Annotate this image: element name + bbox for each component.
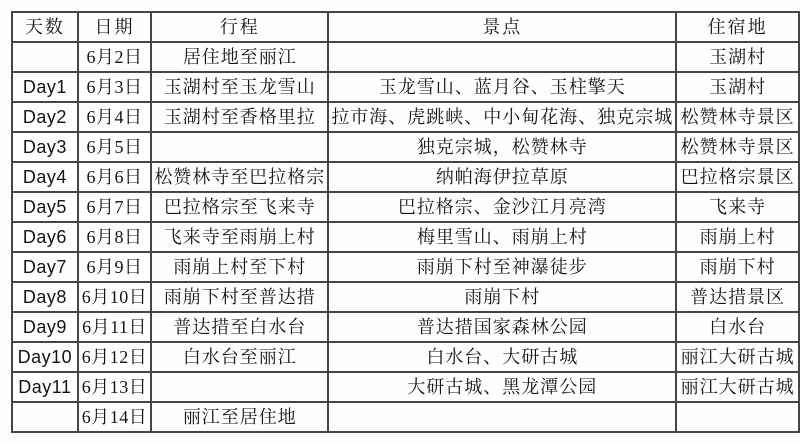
- stay-cell: 丽江大研古城: [676, 342, 799, 372]
- route-cell: 飞来寺至雨崩上村: [151, 222, 328, 252]
- date-cell: 6月5日: [78, 132, 152, 162]
- stay-cell: 白水台: [676, 312, 799, 342]
- date-cell: 6月3日: [78, 72, 152, 102]
- header-day: 天数: [12, 12, 78, 42]
- day-cell: [12, 42, 78, 72]
- table-body: 6月2日 居住地至丽江 玉湖村 Day1 6月3日 玉湖村至玉龙雪山 玉龙雪山、…: [12, 42, 799, 432]
- day-cell: Day11: [12, 372, 78, 402]
- route-cell: 普达措至白水台: [151, 312, 328, 342]
- route-cell: 居住地至丽江: [151, 42, 328, 72]
- header-sights: 景点: [328, 12, 676, 42]
- date-cell: 6月10日: [78, 282, 152, 312]
- stay-cell: 松赞林寺景区: [676, 102, 799, 132]
- sights-cell: [328, 402, 676, 432]
- stay-cell: 丽江大研古城: [676, 372, 799, 402]
- stay-cell: 雨崩上村: [676, 222, 799, 252]
- day-cell: Day3: [12, 132, 78, 162]
- stay-cell: 飞来寺: [676, 192, 799, 222]
- day-cell: Day2: [12, 102, 78, 132]
- sights-cell: 独克宗城，松赞林寺: [328, 132, 676, 162]
- date-cell: 6月9日: [78, 252, 152, 282]
- table-row: Day9 6月11日 普达措至白水台 普达措国家森林公园 白水台: [12, 312, 799, 342]
- header-route: 行程: [151, 12, 328, 42]
- table-row: 6月14日 丽江至居住地: [12, 402, 799, 432]
- header-stay: 住宿地: [676, 12, 799, 42]
- sights-cell: 雨崩下村: [328, 282, 676, 312]
- sights-cell: 雨崩下村至神瀑徒步: [328, 252, 676, 282]
- day-cell: Day8: [12, 282, 78, 312]
- table-row: Day6 6月8日 飞来寺至雨崩上村 梅里雪山、雨崩上村 雨崩上村: [12, 222, 799, 252]
- day-cell: Day6: [12, 222, 78, 252]
- stay-cell: 雨崩下村: [676, 252, 799, 282]
- table-row: Day10 6月12日 白水台至丽江 白水台、大研古城 丽江大研古城: [12, 342, 799, 372]
- route-cell: 雨崩下村至普达措: [151, 282, 328, 312]
- header-row: 天数 日期 行程 景点 住宿地: [12, 12, 799, 42]
- day-cell: Day5: [12, 192, 78, 222]
- date-cell: 6月8日: [78, 222, 152, 252]
- route-cell: [151, 372, 328, 402]
- day-cell: Day10: [12, 342, 78, 372]
- stay-cell: 玉湖村: [676, 42, 799, 72]
- day-cell: Day1: [12, 72, 78, 102]
- day-cell: Day9: [12, 312, 78, 342]
- route-cell: 白水台至丽江: [151, 342, 328, 372]
- sights-cell: 普达措国家森林公园: [328, 312, 676, 342]
- date-cell: 6月14日: [78, 402, 152, 432]
- itinerary-table: 天数 日期 行程 景点 住宿地 6月2日 居住地至丽江 玉湖村 Day1 6月3…: [11, 11, 800, 433]
- itinerary-page: 天数 日期 行程 景点 住宿地 6月2日 居住地至丽江 玉湖村 Day1 6月3…: [0, 0, 800, 442]
- table-row: Day2 6月4日 玉湖村至香格里拉 拉市海、虎跳峡、中小甸花海、独克宗城 松赞…: [12, 102, 799, 132]
- stay-cell: 玉湖村: [676, 72, 799, 102]
- header-date: 日期: [78, 12, 152, 42]
- day-cell: [12, 402, 78, 432]
- date-cell: 6月2日: [78, 42, 152, 72]
- route-cell: 巴拉格宗至飞来寺: [151, 192, 328, 222]
- sights-cell: [328, 42, 676, 72]
- sights-cell: 巴拉格宗、金沙江月亮湾: [328, 192, 676, 222]
- date-cell: 6月4日: [78, 102, 152, 132]
- sights-cell: 梅里雪山、雨崩上村: [328, 222, 676, 252]
- sights-cell: 纳帕海伊拉草原: [328, 162, 676, 192]
- date-cell: 6月13日: [78, 372, 152, 402]
- table-row: Day4 6月6日 松赞林寺至巴拉格宗 纳帕海伊拉草原 巴拉格宗景区: [12, 162, 799, 192]
- stay-cell: 松赞林寺景区: [676, 132, 799, 162]
- stay-cell: 巴拉格宗景区: [676, 162, 799, 192]
- date-cell: 6月6日: [78, 162, 152, 192]
- date-cell: 6月11日: [78, 312, 152, 342]
- stay-cell: 普达措景区: [676, 282, 799, 312]
- table-row: Day7 6月9日 雨崩上村至下村 雨崩下村至神瀑徒步 雨崩下村: [12, 252, 799, 282]
- route-cell: 雨崩上村至下村: [151, 252, 328, 282]
- sights-cell: 玉龙雪山、蓝月谷、玉柱擎天: [328, 72, 676, 102]
- route-cell: 松赞林寺至巴拉格宗: [151, 162, 328, 192]
- date-cell: 6月7日: [78, 192, 152, 222]
- sights-cell: 拉市海、虎跳峡、中小甸花海、独克宗城: [328, 102, 676, 132]
- date-cell: 6月12日: [78, 342, 152, 372]
- stay-cell: [676, 402, 799, 432]
- day-cell: Day4: [12, 162, 78, 192]
- sights-cell: 大研古城、黑龙潭公园: [328, 372, 676, 402]
- route-cell: 玉湖村至玉龙雪山: [151, 72, 328, 102]
- table-row: 6月2日 居住地至丽江 玉湖村: [12, 42, 799, 72]
- route-cell: 丽江至居住地: [151, 402, 328, 432]
- route-cell: 玉湖村至香格里拉: [151, 102, 328, 132]
- sights-cell: 白水台、大研古城: [328, 342, 676, 372]
- table-row: Day8 6月10日 雨崩下村至普达措 雨崩下村 普达措景区: [12, 282, 799, 312]
- table-row: Day5 6月7日 巴拉格宗至飞来寺 巴拉格宗、金沙江月亮湾 飞来寺: [12, 192, 799, 222]
- day-cell: Day7: [12, 252, 78, 282]
- table-row: Day11 6月13日 大研古城、黑龙潭公园 丽江大研古城: [12, 372, 799, 402]
- table-row: Day3 6月5日 独克宗城，松赞林寺 松赞林寺景区: [12, 132, 799, 162]
- table-row: Day1 6月3日 玉湖村至玉龙雪山 玉龙雪山、蓝月谷、玉柱擎天 玉湖村: [12, 72, 799, 102]
- route-cell: [151, 132, 328, 162]
